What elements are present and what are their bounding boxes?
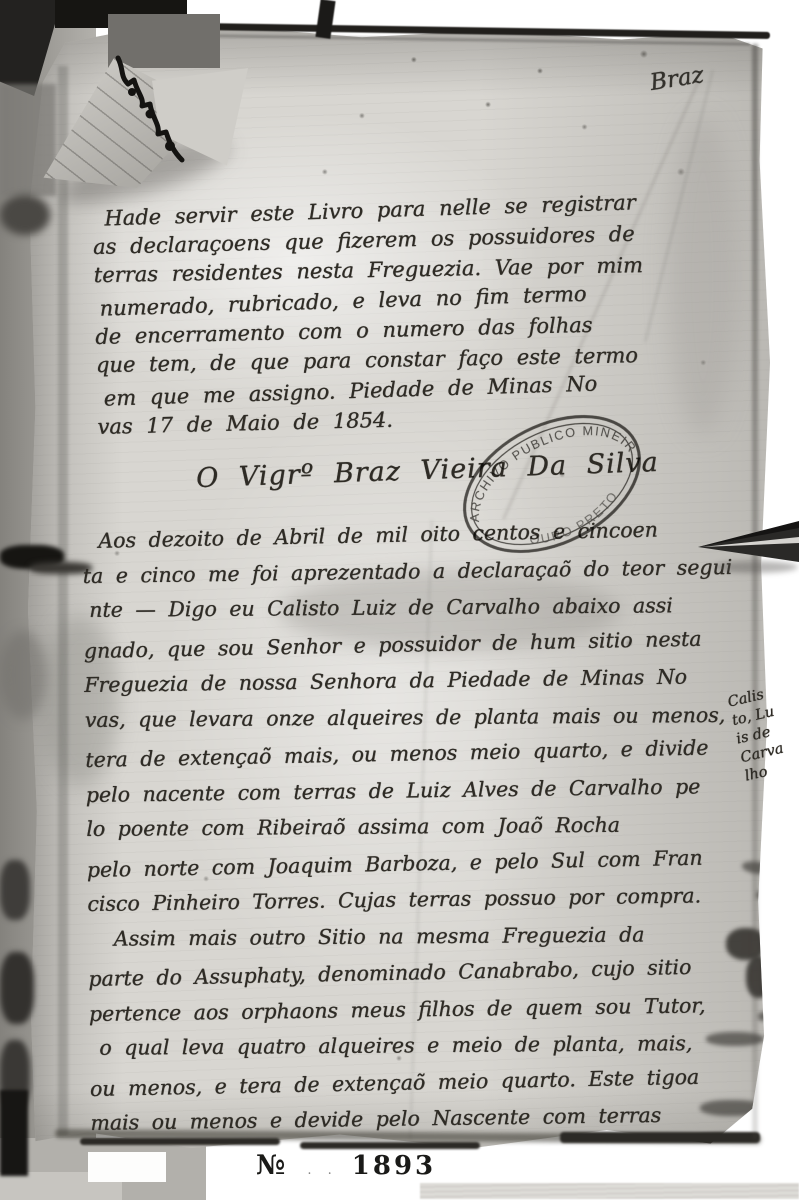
- top-edge-mark: [315, 0, 335, 39]
- binding-blob: [0, 630, 46, 720]
- binding-blob: [0, 860, 30, 920]
- torn-bottom-seg: [300, 1142, 480, 1149]
- tear-line: [30, 30, 260, 210]
- binding-blob: [0, 952, 34, 1024]
- pen-nib: [694, 518, 799, 580]
- catalog-dots: . .: [307, 1163, 337, 1178]
- ink-blot: [756, 890, 774, 900]
- bottom-right-paper-edge: [420, 1183, 799, 1199]
- catalog-number-value: 1893: [352, 1151, 436, 1181]
- binding-block-dark: [0, 1090, 28, 1176]
- ink-blot: [758, 1012, 767, 1021]
- white-notch: [88, 1152, 166, 1182]
- declaration-block: Aos dezoito de Abril de mil oito centos …: [82, 512, 759, 1142]
- gutter-crease: [58, 66, 68, 1136]
- scanned-document: Braz Hade servir este Livro para nelle s…: [0, 0, 799, 1200]
- numero-sign: №: [256, 1150, 285, 1181]
- catalog-number: № . . 1893: [256, 1150, 436, 1181]
